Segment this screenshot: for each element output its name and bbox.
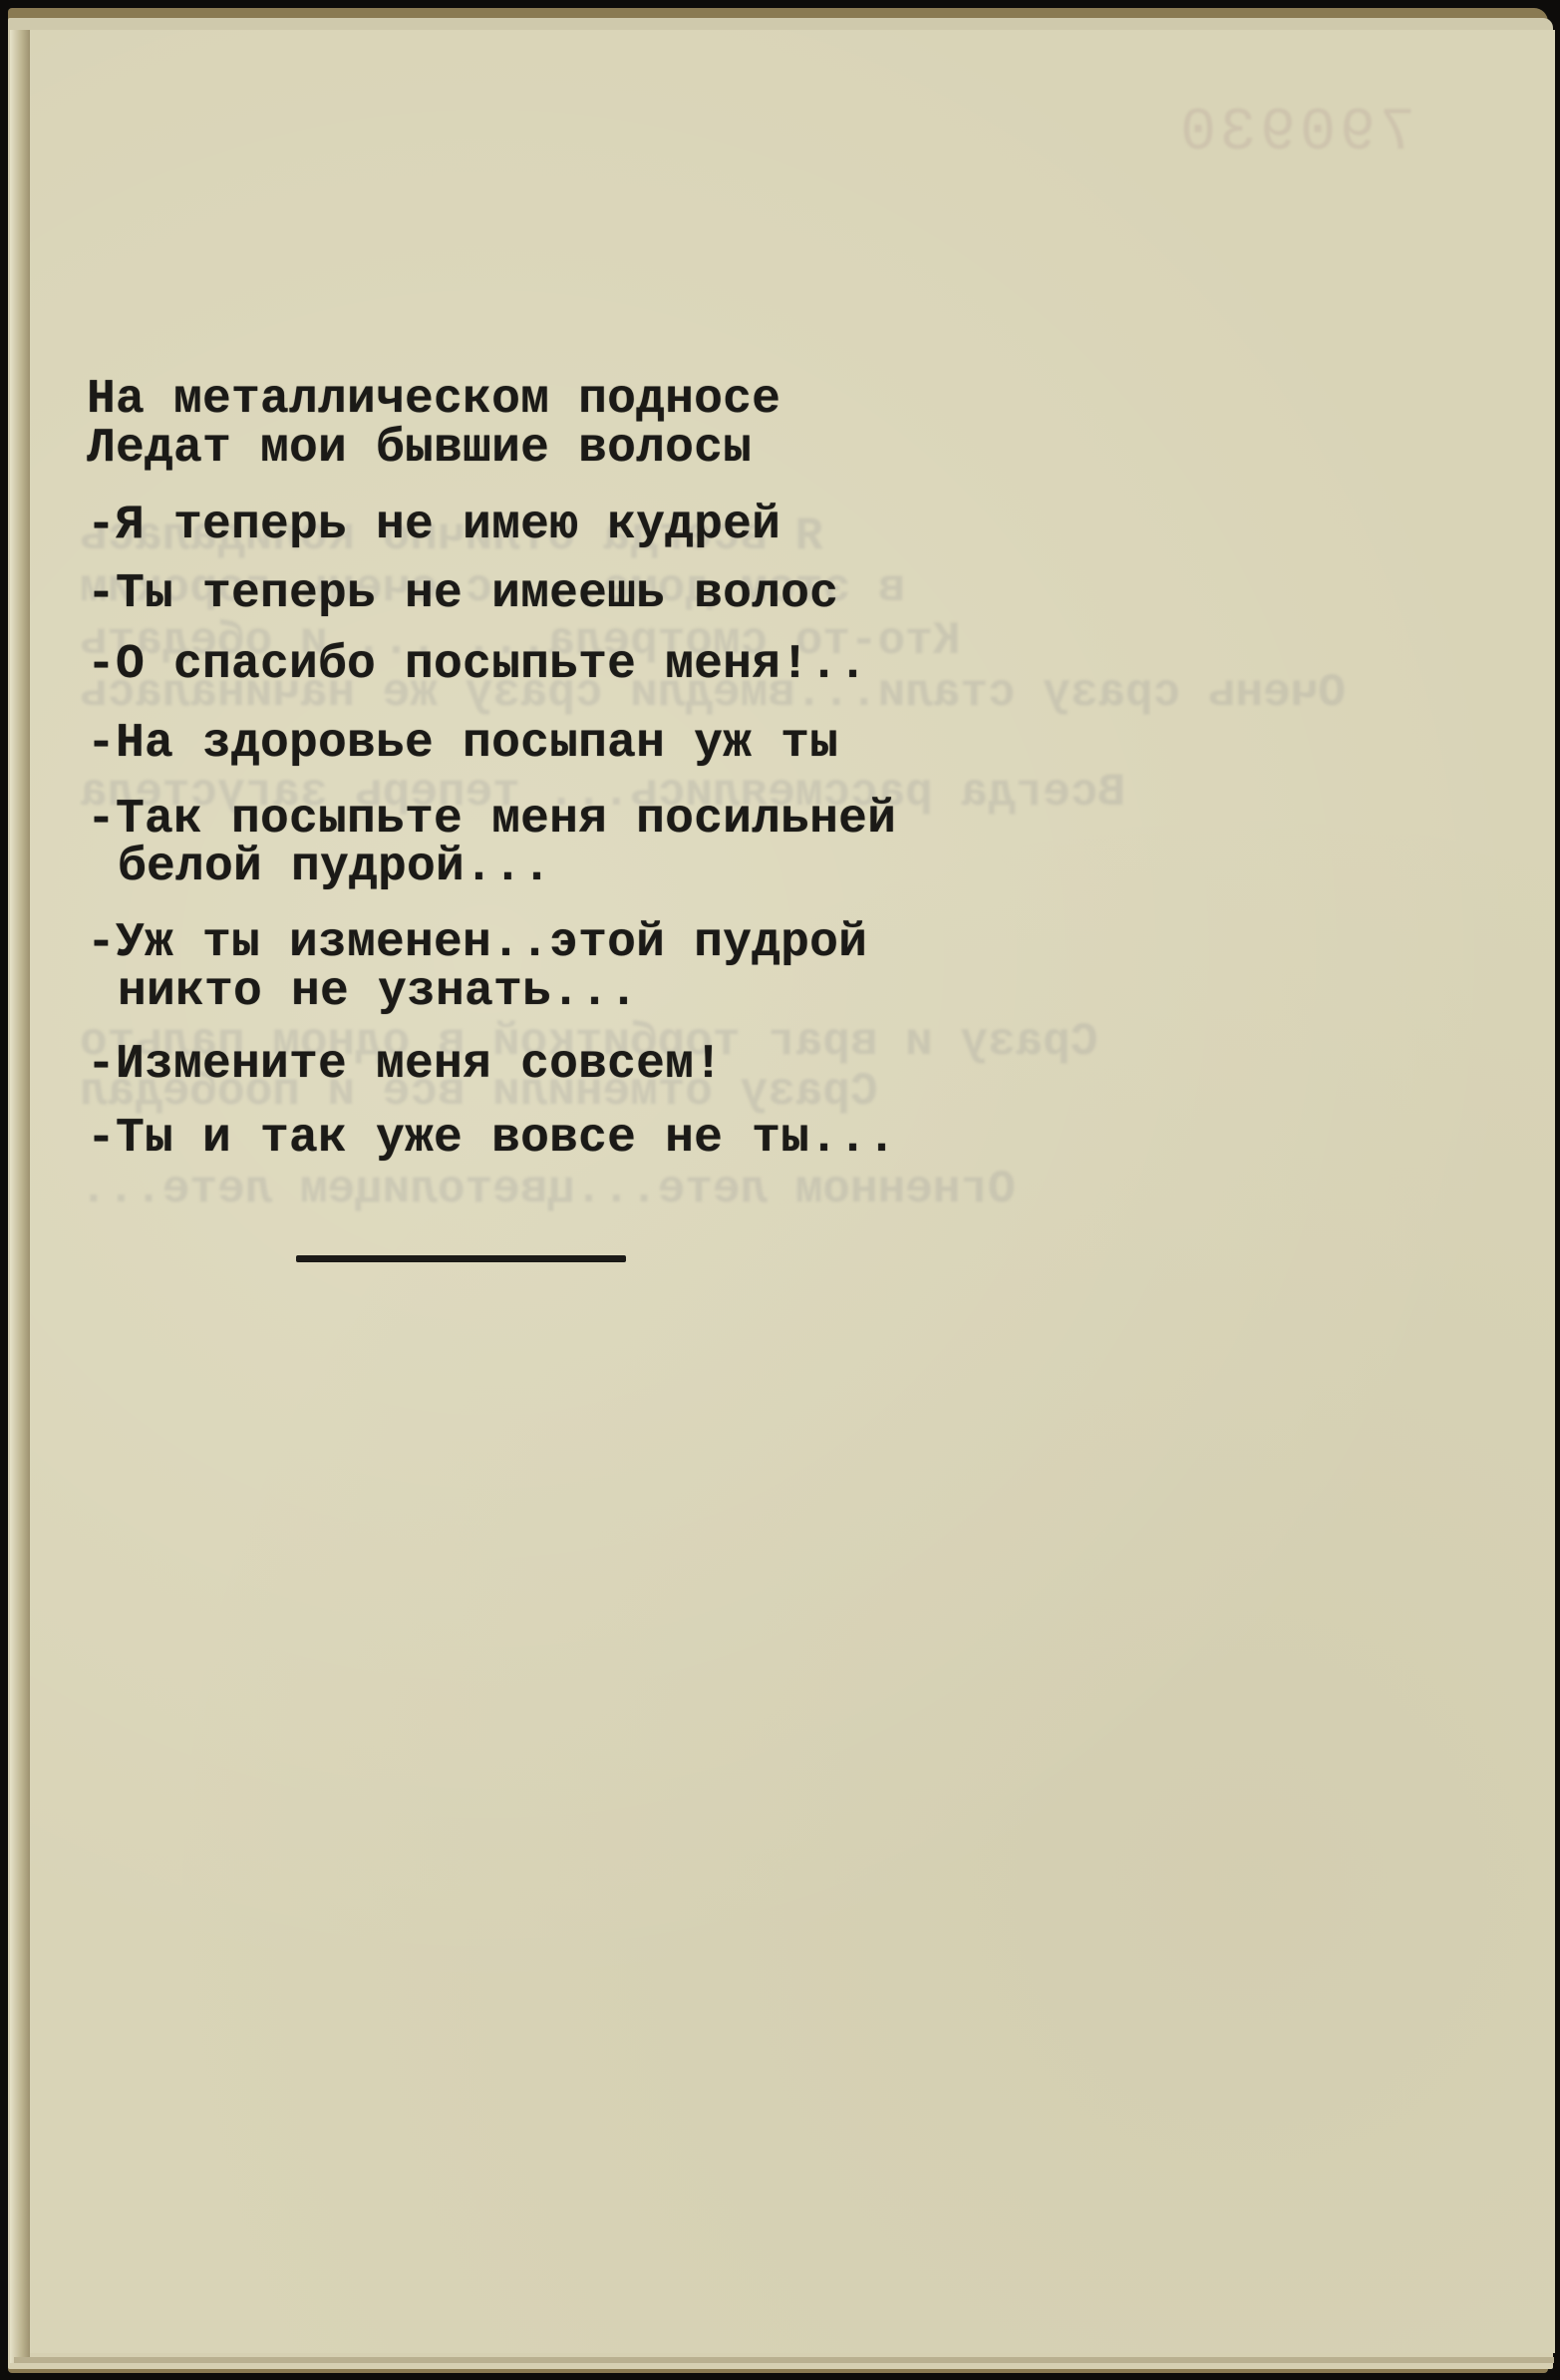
poem-line: -Ты теперь не имеешь волос [87,570,838,618]
poem-line: -Так посыпьте меня посильней [87,796,896,844]
binding-spine [10,30,30,2363]
poem-line: -Я теперь не имею кудрей [87,502,780,549]
poem-line: -Уж ты изменен..этой пудрой [87,919,867,967]
bleed-line: Огненном лете...цветолицем лете... [80,1167,1016,1212]
poem-line: На металлическом подносе [87,376,780,424]
poem-line: никто не узнать... [118,968,638,1016]
poem-line: -На здоровье посыпан уж ты [87,720,838,768]
poem-line: -Измените меня совсем! [87,1041,723,1089]
poem-line: белой пудрой... [118,844,551,891]
poem-line: -Ты и так уже вовсе не ты... [87,1115,896,1163]
poem-line: Ледат мои бывшие волосы [87,425,752,473]
separator-rule [296,1255,626,1262]
archive-stamp-bleed: 790930 [1176,100,1415,168]
page-bottom-edge [14,2357,1554,2363]
poem-line: -О спасибо посыпьте меня!.. [87,641,867,689]
